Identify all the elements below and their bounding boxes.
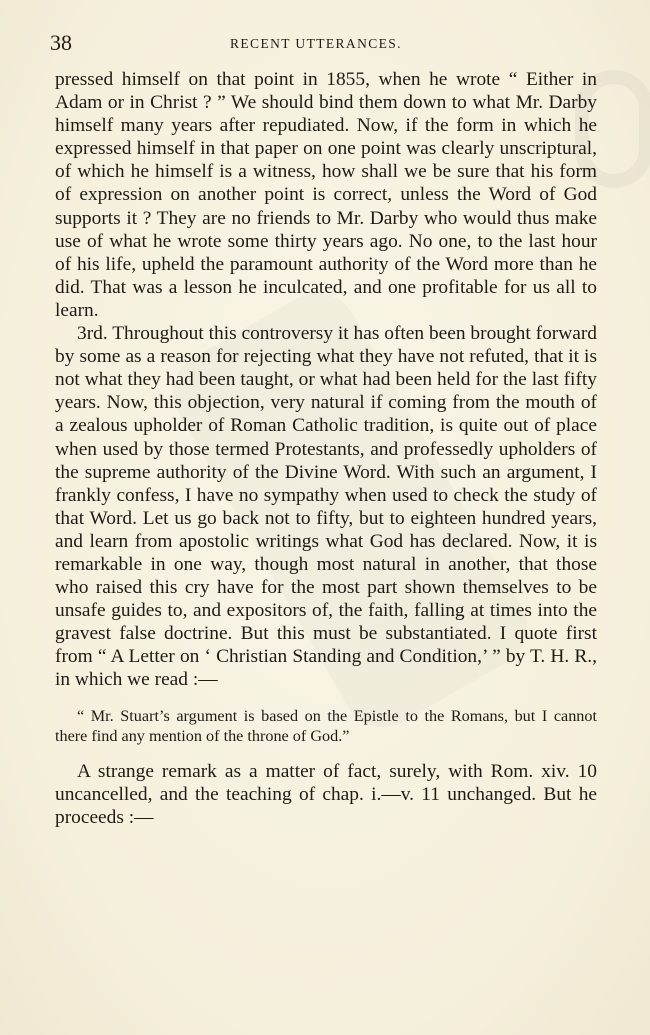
paragraph-third-point: 3rd. Throughout this controversy it has … [55, 322, 597, 692]
page-body: pressed himself on that point in 1855, w… [55, 68, 597, 829]
running-head: RECENT UTTERANCES. [230, 36, 402, 52]
paragraph-closing: A strange remark as a matter of fact, su… [55, 760, 597, 829]
page-header: 38 RECENT UTTERANCES. [50, 30, 600, 54]
paragraph-continuation: pressed himself on that point in 1855, w… [55, 68, 597, 322]
page-number: 38 [50, 30, 72, 56]
book-page: 38 RECENT UTTERANCES. pressed himself on… [0, 0, 650, 1035]
block-quote: “ Mr. Stuart’s argument is based on the … [55, 706, 597, 746]
